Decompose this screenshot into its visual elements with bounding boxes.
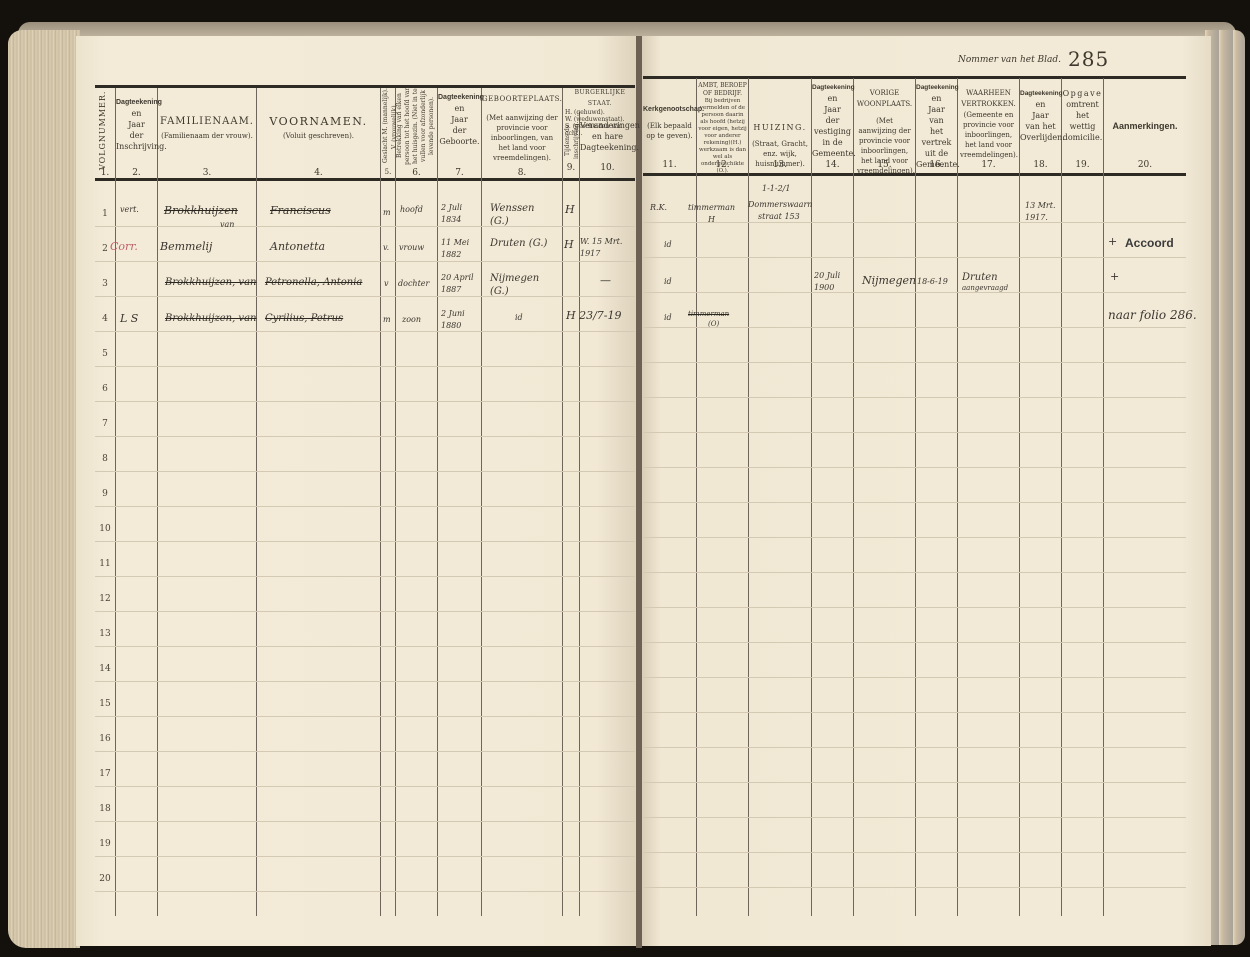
- entry-2-betrekking: vrouw: [399, 243, 424, 252]
- header-voornamen: VOORNAMEN. (Voluit geschreven).: [257, 116, 380, 141]
- entry-3-vertrek: 18-6-19: [917, 277, 948, 286]
- header-veranderingen: Veranderingen en hare Dagteekening.: [580, 120, 635, 153]
- page-stack-right: [1205, 30, 1245, 945]
- col-number: 15.: [854, 160, 915, 170]
- entry-1-overlijden: 13 Mrt. 1917.: [1025, 200, 1061, 224]
- row-rule: [95, 856, 635, 857]
- row-number: 13: [95, 629, 115, 639]
- row-number: 14: [95, 664, 115, 674]
- col-number: 7.: [438, 168, 481, 178]
- entry-4-familienaam: Brokkhuijzen, van: [165, 313, 256, 324]
- entry-2-aanmerking-mark: +: [1108, 235, 1117, 248]
- row-number: 10: [95, 524, 115, 534]
- entry-3-waarheen: Druten: [962, 272, 998, 283]
- entry-4-c2: L S: [120, 312, 138, 325]
- entry-1-c2: vert.: [120, 205, 139, 214]
- col-number: 19.: [1062, 160, 1103, 170]
- entry-3-voornamen: Petronella, Antonia: [265, 277, 362, 288]
- entry-3-betrekking: dochter: [398, 279, 429, 288]
- header-tijdens-inschrijving: Tijdens de inschrijving.: [563, 114, 579, 166]
- row-number: 3: [95, 279, 115, 289]
- entry-1-beroep-sub: H: [708, 215, 715, 224]
- row-rule: [95, 646, 635, 647]
- row-number: 6: [95, 384, 115, 394]
- entry-2-staat: H: [564, 238, 574, 251]
- col-divider: [380, 88, 381, 916]
- header-familienaam: FAMILIENAAM. (Familienaam der vrouw).: [158, 116, 256, 141]
- row-rule: [95, 821, 635, 822]
- row-number: 18: [95, 804, 115, 814]
- book-gutter: [636, 36, 642, 948]
- col-divider: [1103, 78, 1104, 916]
- row-rule: [643, 257, 1186, 258]
- col-number: 3.: [158, 168, 256, 178]
- row-rule: [643, 432, 1186, 433]
- row-rule: [643, 782, 1186, 783]
- header-vertrek: Dagteekening en Jaar van het vertrek uit…: [916, 82, 957, 170]
- col-number: 11.: [643, 160, 696, 170]
- header-aanmerkingen: Aanmerkingen.: [1104, 121, 1186, 132]
- row-rule: [643, 537, 1186, 538]
- col-number: 5.: [381, 168, 395, 176]
- row-rule: [643, 572, 1186, 573]
- row-number: 12: [95, 594, 115, 604]
- entry-1-staat: H: [565, 203, 575, 216]
- row-number: 9: [95, 489, 115, 499]
- header-bottom-rule-left: [95, 178, 635, 181]
- col-number: 18.: [1020, 160, 1061, 170]
- entry-2-familienaam: Bemmelij: [160, 240, 212, 253]
- row-rule: [95, 436, 635, 437]
- header-betrekking: Betrekking van elken persoon tot het hoo…: [396, 86, 437, 166]
- entry-1-huizing-sub: straat 153: [758, 212, 800, 221]
- row-rule: [643, 887, 1186, 888]
- entry-4-geboorteplaats: id: [515, 313, 523, 322]
- folio-label: Nommer van het Blad.: [958, 55, 1061, 65]
- entry-2-voornamen: Antonetta: [270, 240, 325, 253]
- col-number: 14.: [812, 160, 853, 170]
- col-number: 13.: [749, 160, 811, 170]
- col-divider: [1019, 78, 1020, 916]
- col-number: 6.: [396, 168, 437, 178]
- entry-3-vorige-woonplaats: Nijmegen: [862, 274, 916, 287]
- entry-2-kerk: id: [664, 240, 672, 249]
- header-waarheen-vertrokken: WAARHEEN VERTROKKEN. (Gemeente en provin…: [958, 88, 1019, 160]
- col-divider: [853, 78, 854, 916]
- col-divider: [395, 88, 396, 916]
- entry-1-betrekking: hoofd: [400, 205, 423, 214]
- entry-1-geboorte: 2 Juli 1834: [441, 202, 479, 226]
- row-number: 1: [95, 209, 115, 219]
- entry-2-geslacht: v.: [383, 243, 389, 252]
- entry-4-staat: H 23/7-19: [566, 309, 622, 322]
- entry-4-geboorte: 2 Juni 1880: [441, 308, 479, 332]
- row-number: 19: [95, 839, 115, 849]
- row-rule: [643, 467, 1186, 468]
- entry-4-kerk: id: [664, 313, 672, 322]
- row-rule: [95, 541, 635, 542]
- row-rule: [95, 576, 635, 577]
- row-rule: [95, 401, 635, 402]
- header-domicilie: Opgave omtrent het wettig domicilie.: [1062, 88, 1103, 143]
- entry-2-accoord-stamp: Accoord: [1125, 236, 1174, 250]
- row-number: 5: [95, 349, 115, 359]
- row-number: 16: [95, 734, 115, 744]
- entry-4-voornamen: Cyrilius, Petrus: [265, 313, 343, 324]
- header-geboorteplaats: GEBOORTEPLAATS. (Met aanwijzing der prov…: [482, 94, 562, 163]
- page-stack-left: [8, 30, 80, 948]
- col-number: 12.: [697, 160, 748, 170]
- entry-3-veranderingen: —: [600, 274, 611, 287]
- col-divider: [481, 88, 482, 916]
- col-divider: [437, 88, 438, 916]
- entry-3-aanmerking-mark: +: [1110, 270, 1119, 283]
- folio-number: 285: [1068, 47, 1109, 71]
- entry-2-geboorteplaats: Druten (G.): [490, 237, 550, 250]
- row-rule: [95, 611, 635, 612]
- col-number: 2.: [116, 168, 157, 178]
- entry-1-familienaam-sub: van: [220, 220, 234, 229]
- entry-1-huizing: Dommerswaarn: [748, 200, 812, 209]
- entry-2-geboorte: 11 Mei 1882: [441, 237, 479, 261]
- col-number: 9.: [563, 163, 579, 173]
- row-rule: [643, 327, 1186, 328]
- row-rule: [95, 366, 635, 367]
- entry-1-geboorteplaats: Wenssen (G.): [490, 202, 550, 228]
- row-rule: [95, 681, 635, 682]
- entry-4-aanmerking: naar folio 286.: [1108, 308, 1197, 322]
- entry-2-c2: Corr.: [110, 240, 138, 253]
- header-volgnummer: VOLGNUMMER.: [98, 95, 107, 170]
- col-divider: [562, 88, 563, 916]
- col-divider: [157, 88, 158, 916]
- header-vestiging: Dagteekening en Jaar der vestiging in de…: [812, 82, 853, 159]
- row-rule: [643, 292, 1186, 293]
- col-number: 8.: [482, 168, 562, 178]
- entry-3-geboorte: 20 April 1887: [441, 272, 479, 296]
- row-rule: [95, 331, 635, 332]
- open-register-book: Nommer van het Blad. 285 VOLGNUMMER. Dag…: [0, 0, 1250, 957]
- row-rule: [643, 642, 1186, 643]
- row-rule: [643, 502, 1186, 503]
- entry-3-kerk: id: [664, 277, 672, 286]
- row-rule: [643, 712, 1186, 713]
- row-number: 15: [95, 699, 115, 709]
- row-rule: [643, 852, 1186, 853]
- row-number: 7: [95, 419, 115, 429]
- entry-1-beroep: timmerman: [688, 203, 735, 212]
- entry-4-betrekking: zoon: [402, 315, 421, 324]
- col-number: 4.: [257, 168, 380, 178]
- col-number: 10.: [580, 163, 635, 173]
- row-rule: [643, 362, 1186, 363]
- entry-3-vestiging: 20 Juli 1900: [814, 270, 852, 294]
- entry-3-waarheen-sub: aangevraagd: [962, 284, 1008, 292]
- row-rule: [95, 226, 635, 227]
- header-geslacht: Geslacht M. (mannelijk). V. (vrouwelijk)…: [381, 86, 395, 166]
- col-divider: [115, 88, 116, 916]
- row-rule: [95, 471, 635, 472]
- row-number: 8: [95, 454, 115, 464]
- entry-4-geslacht: m: [383, 315, 391, 324]
- entry-2-veranderingen: W. 15 Mrt. 1917: [580, 236, 634, 260]
- row-number: 17: [95, 769, 115, 779]
- row-rule: [95, 891, 635, 892]
- entry-1-geslacht: m: [383, 208, 391, 217]
- col-number: 16.: [916, 160, 957, 170]
- col-number: 20.: [1104, 160, 1186, 170]
- row-rule: [95, 296, 635, 297]
- col-divider: [957, 78, 958, 916]
- entry-4-beroep-sub: (O): [708, 320, 719, 328]
- row-rule: [95, 751, 635, 752]
- header-kerkgenootschap: Kerkgenootschap. (Elk bepaald op te geve…: [643, 104, 696, 141]
- col-number: 1.: [95, 168, 115, 178]
- row-rule: [643, 397, 1186, 398]
- row-number: 4: [95, 314, 115, 324]
- col-divider: [915, 78, 916, 916]
- entry-3-geslacht: v: [384, 279, 389, 288]
- row-rule: [643, 817, 1186, 818]
- row-rule: [95, 786, 635, 787]
- row-rule: [95, 261, 635, 262]
- col-divider: [256, 88, 257, 916]
- col-number: 17.: [958, 160, 1019, 170]
- row-rule: [643, 222, 1186, 223]
- col-divider: [1061, 78, 1062, 916]
- row-rule: [643, 747, 1186, 748]
- row-rule: [95, 506, 635, 507]
- row-number: 11: [95, 559, 115, 569]
- header-overlijden: Dagteekening en Jaar van het Overlijden.: [1020, 88, 1061, 143]
- entry-3-familienaam: Brokkhuijzen, van: [165, 277, 256, 288]
- row-rule: [643, 607, 1186, 608]
- row-rule: [95, 716, 635, 717]
- entry-1-familienaam: Brokkhuijzen: [164, 204, 238, 217]
- header-top-rule-left: [95, 85, 635, 88]
- entry-3-geboorteplaats: Nijmegen (G.): [490, 272, 550, 298]
- row-number: 20: [95, 874, 115, 884]
- header-geboorte: Dagteekening en Jaar der Geboorte.: [438, 92, 481, 147]
- entry-1-voornamen: Franciscus: [270, 204, 331, 217]
- col-divider: [579, 112, 580, 916]
- entry-1-huizing-top: 1-1-2/1: [762, 184, 790, 193]
- row-rule: [643, 677, 1186, 678]
- header-col-2: Dagteekening en Jaar der Inschrijving.: [116, 97, 157, 152]
- entry-4-beroep: timmerman: [688, 310, 729, 318]
- entry-1-kerk: R.K.: [650, 203, 667, 212]
